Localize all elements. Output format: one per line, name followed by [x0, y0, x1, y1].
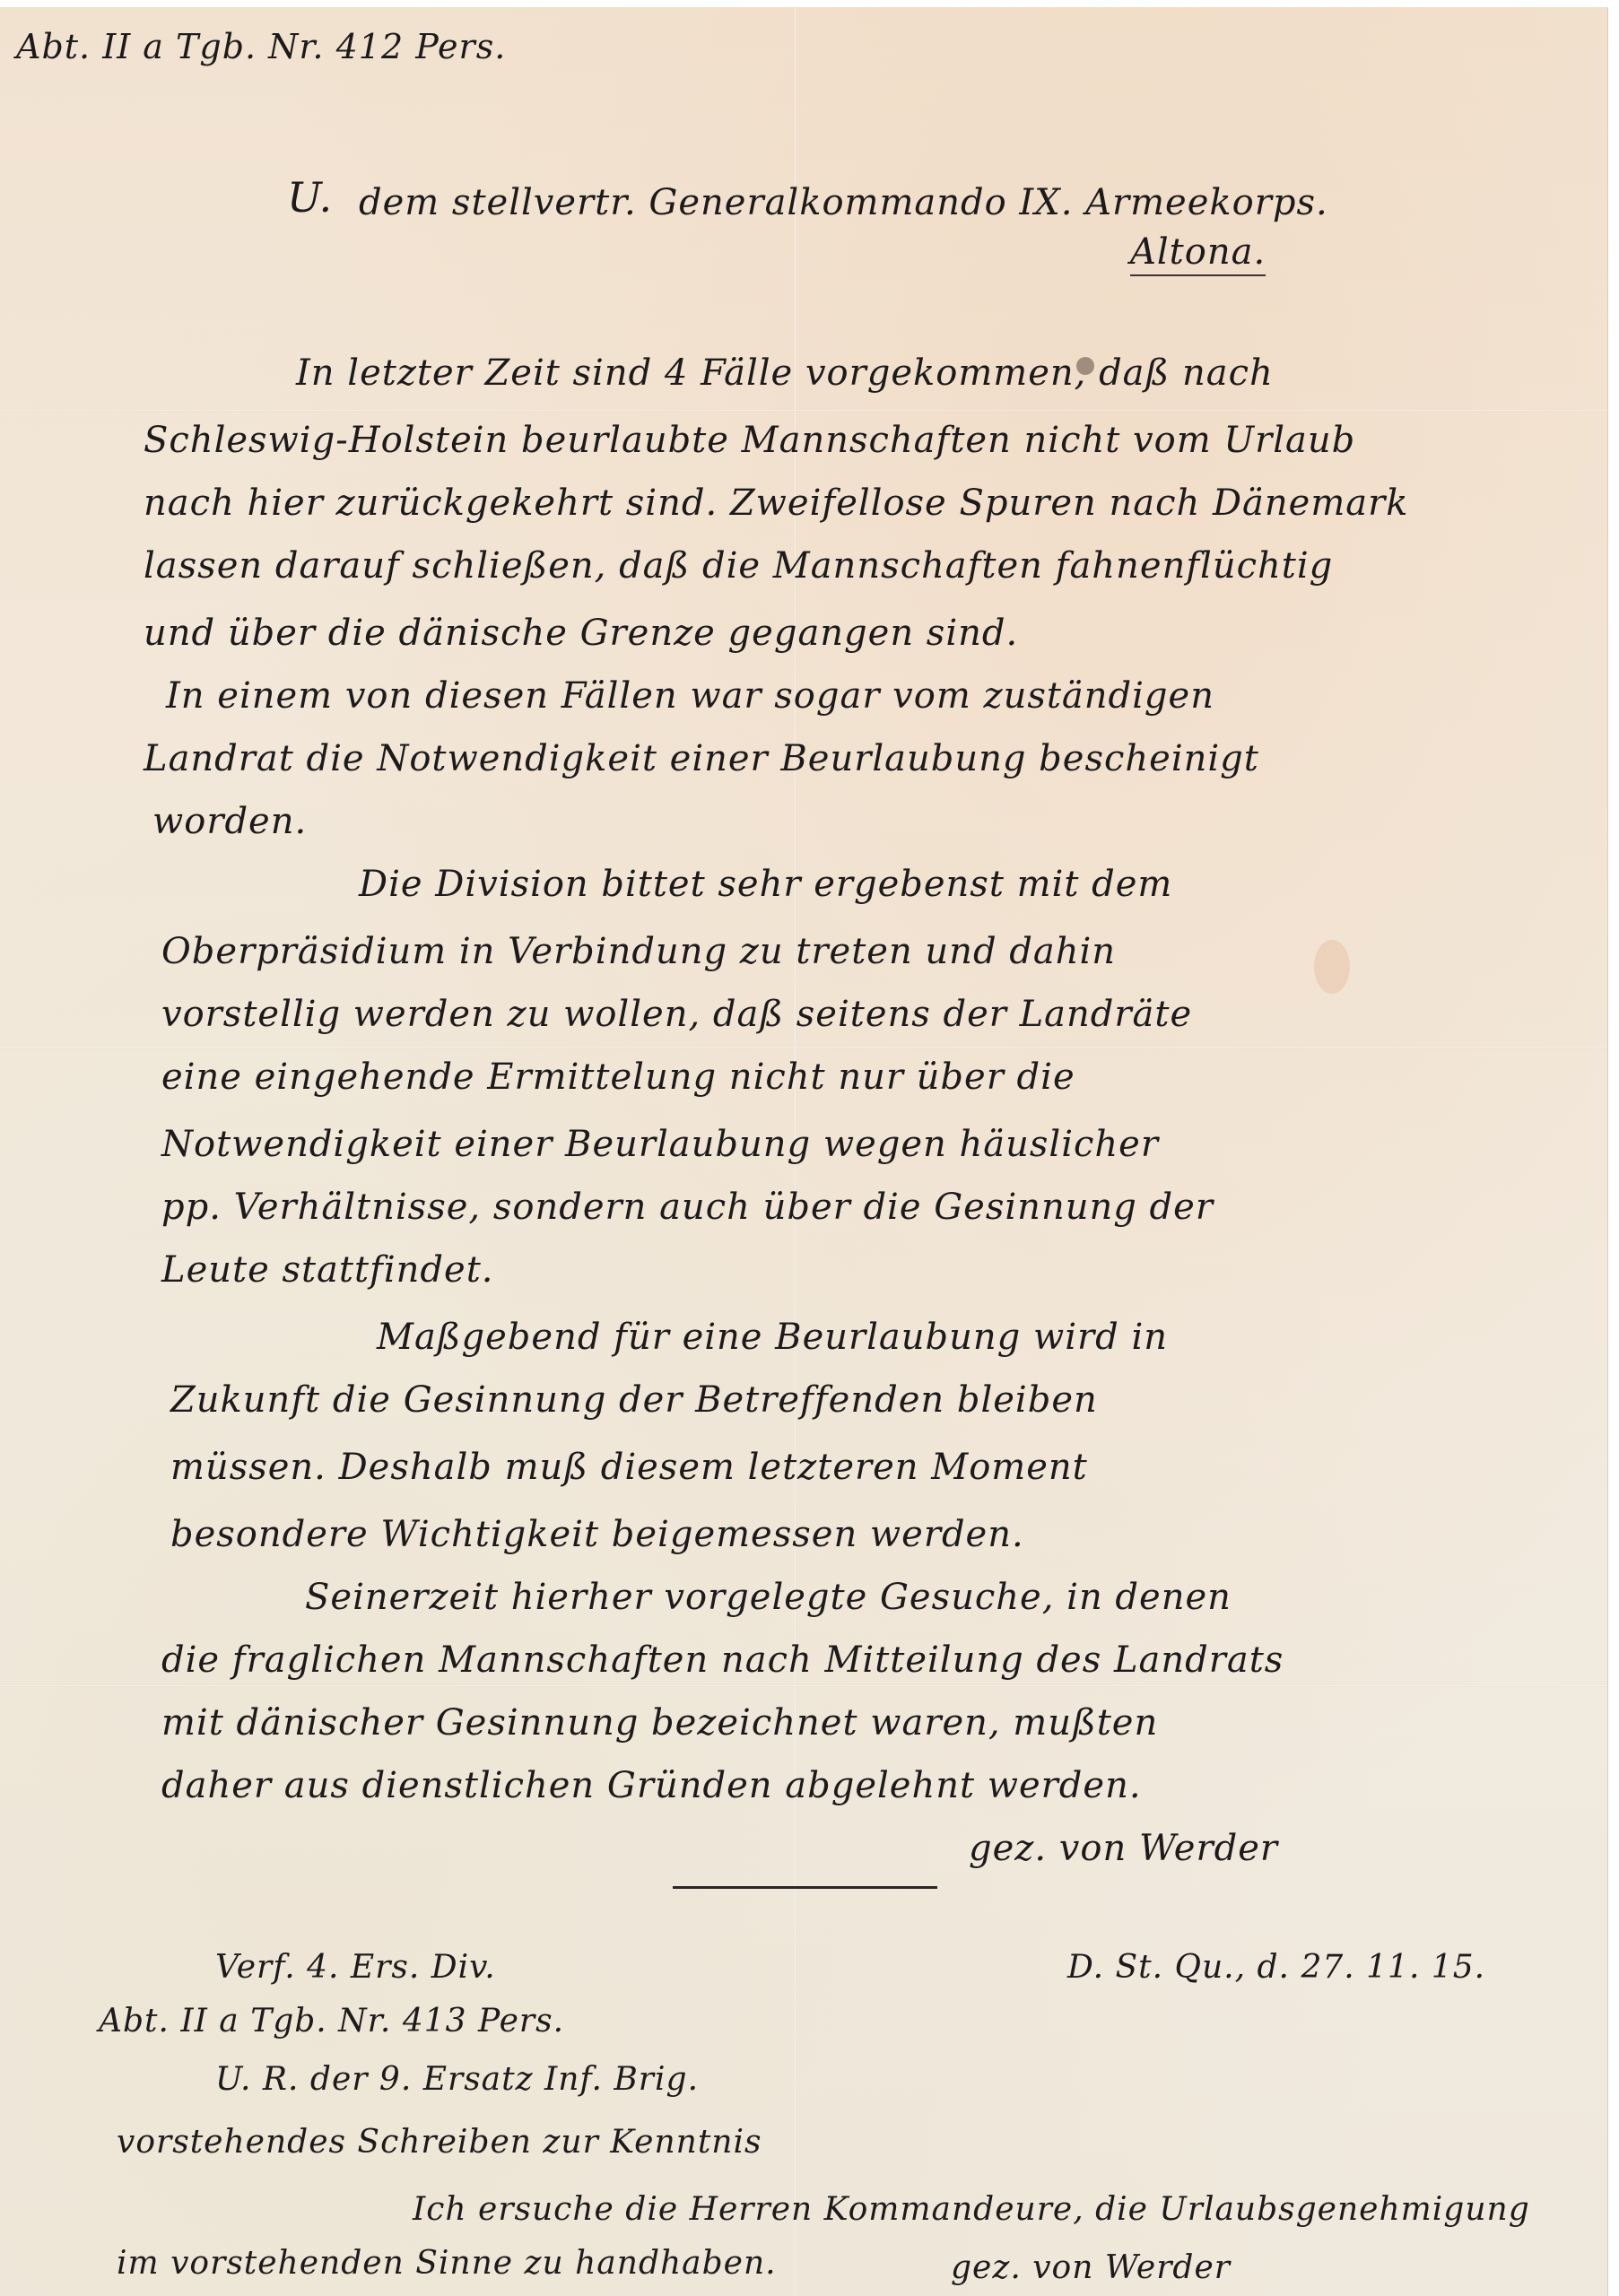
body-line: In letzter Zeit sind 4 Fälle vorgekommen… [296, 352, 1274, 394]
body-line: Seinerzeit hierher vorgelegte Gesuche, i… [305, 1577, 1232, 1618]
body-line: nach hier zurückgekehrt sind. Zweifellos… [144, 483, 1408, 524]
signature: gez. von Werder [969, 1828, 1278, 1869]
body-line: worden. [152, 801, 307, 842]
signature: gez. von Werder [951, 2249, 1231, 2286]
addressee-line: dem stellvertr. Generalkommando IX. Arme… [359, 182, 1328, 223]
recipient-2: U. R. der 9. Ersatz Inf. Brig. [215, 2061, 699, 2098]
reference-2: Abt. II a Tgb. Nr. 413 Pers. [99, 2003, 564, 2039]
addressee-city: Altona. [1130, 231, 1266, 276]
body-line: Maßgebend für eine Beurlaubung wird in [377, 1317, 1168, 1358]
body-line: und über die dänische Grenze gegangen si… [144, 613, 1018, 654]
body-line: Notwendigkeit einer Beurlaubung wegen hä… [161, 1124, 1159, 1165]
body-line: müssen. Deshalb muß diesem letzteren Mom… [170, 1447, 1088, 1488]
body-line: eine eingehende Ermittelung nicht nur üb… [161, 1057, 1075, 1098]
body-line: Zukunft die Gesinnung der Betreffenden b… [170, 1379, 1098, 1421]
body-line: Leute stattfindet. [161, 1249, 493, 1291]
addressee-prefix: U. [287, 173, 333, 222]
body-line: Schleswig-Holstein beurlaubte Mannschaft… [144, 420, 1355, 461]
instruction-line: Ich ersuche die Herren Kommandeure, die … [413, 2191, 1530, 2228]
letter-paper: Abt. II a Tgb. Nr. 412 Pers. U. dem stel… [0, 7, 1608, 2296]
header-reference: Abt. II a Tgb. Nr. 412 Pers. [16, 27, 506, 66]
body-line: daher aus dienstlichen Gründen abgelehnt… [161, 1765, 1142, 1806]
body-line: die fraglichen Mannschaften nach Mitteil… [161, 1639, 1284, 1681]
body-line: Landrat die Notwendigkeit einer Beurlaub… [144, 738, 1259, 779]
body-line: Die Division bittet sehr ergebenst mit d… [359, 864, 1172, 905]
body-line: lassen darauf schließen, daß die Mannsch… [144, 545, 1333, 587]
section-divider [673, 1886, 937, 1889]
horizontal-fold-crease [0, 409, 1607, 412]
body-line: In einem von diesen Fällen war sogar vom… [166, 675, 1214, 717]
body-line: mit dänischer Gesinnung bezeichnet waren… [161, 1702, 1158, 1744]
date-place: D. St. Qu., d. 27. 11. 15. [1067, 1949, 1485, 1986]
instruction-line: im vorstehenden Sinne zu handhaben. [117, 2245, 777, 2282]
forward-line: vorstehendes Schreiben zur Kenntnis [117, 2124, 762, 2161]
horizontal-fold-crease [0, 1046, 1607, 1048]
body-line: besondere Wichtigkeit beigemessen werden… [170, 1514, 1024, 1555]
body-line: Oberpräsidium in Verbindung zu treten un… [161, 931, 1116, 972]
horizontal-fold-crease [0, 1684, 1607, 1687]
body-line: pp. Verhältnisse, sondern auch über die … [161, 1187, 1214, 1228]
body-line: vorstellig werden zu wollen, daß seitens… [161, 994, 1192, 1035]
red-ink-stain [1314, 940, 1350, 994]
forwarding-note: Verf. 4. Ers. Div. [215, 1949, 496, 1986]
